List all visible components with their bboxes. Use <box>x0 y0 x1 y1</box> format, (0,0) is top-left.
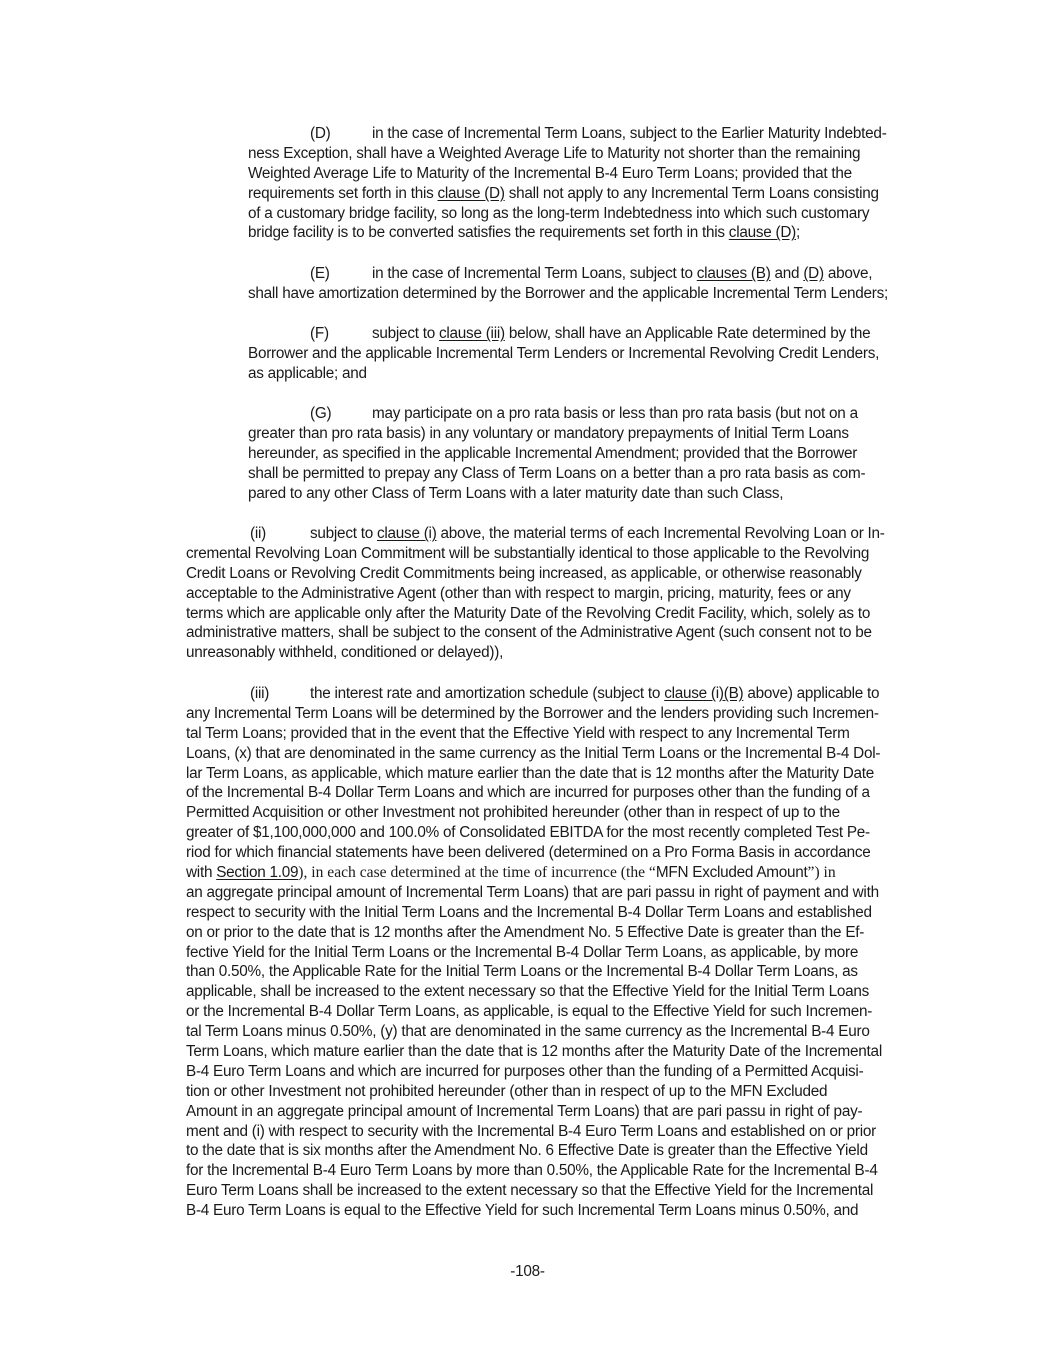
clause-text: shall have amortization determined by th… <box>248 284 888 304</box>
clause-text: any Incremental Term Loans will be deter… <box>186 704 882 724</box>
clause-text: terms which are applicable only after th… <box>186 604 872 624</box>
clause-iii: (iii)the interest rate and amortization … <box>186 684 882 1221</box>
text: subject to <box>310 525 377 542</box>
text: subject to <box>372 325 439 342</box>
clause-text: in the case of Incremental Term Loans, s… <box>372 124 887 144</box>
cross-reference-link[interactable]: clause (i)(B) <box>664 685 743 702</box>
clause-text: B-4 Euro Term Loans and which are incurr… <box>186 1062 882 1082</box>
clause-text: may participate on a pro rata basis or l… <box>372 404 858 424</box>
clause-text: subject to clause (iii) below, shall hav… <box>372 324 870 344</box>
document-page: (D)in the case of Incremental Term Loans… <box>0 0 1055 1365</box>
clause-text: ness Exception, shall have a Weighted Av… <box>248 144 879 164</box>
clause-text: of the Incremental B-4 Dollar Term Loans… <box>186 783 882 803</box>
cross-reference-link[interactable]: (D) <box>803 265 824 282</box>
cross-reference-link[interactable]: clause (D) <box>438 185 505 202</box>
text: below, shall have an Applicable Rate det… <box>505 325 871 342</box>
cross-reference-link[interactable]: clause (D) <box>729 224 796 241</box>
clause-text: Term Loans, which mature earlier than th… <box>186 1042 882 1062</box>
clause-text: tal Term Loans minus 0.50%, (y) that are… <box>186 1022 882 1042</box>
clause-text: subject to clause (i) above, the materia… <box>310 524 885 544</box>
text: in the case of Incremental Term Loans, s… <box>372 265 697 282</box>
clause-text: tion or other Investment not prohibited … <box>186 1082 882 1102</box>
clause-text: shall be permitted to prepay any Class o… <box>248 464 865 484</box>
text: with <box>186 864 216 881</box>
cross-reference-link[interactable]: clauses (B) <box>697 265 771 282</box>
clause-text: bridge facility is to be converted satis… <box>248 223 879 243</box>
clause-text: in the case of Incremental Term Loans, s… <box>372 264 872 284</box>
clause-text: on or prior to the date that is 12 month… <box>186 923 882 943</box>
clause-text: fective Yield for the Initial Term Loans… <box>186 943 882 963</box>
clause-text: or the Incremental B-4 Dollar Term Loans… <box>186 1002 882 1022</box>
clause-text: than 0.50%, the Applicable Rate for the … <box>186 962 882 982</box>
clause-text: pared to any other Class of Term Loans w… <box>248 484 865 504</box>
clause-text: lar Term Loans, as applicable, which mat… <box>186 764 882 784</box>
clause-text: Weighted Average Life to Maturity of the… <box>248 164 879 184</box>
clause-text: requirements set forth in this clause (D… <box>248 184 879 204</box>
text: shall not apply to any Incremental Term … <box>505 185 879 202</box>
clause-text: Borrower and the applicable Incremental … <box>248 344 879 364</box>
clause-E: (E)in the case of Incremental Term Loans… <box>248 264 888 304</box>
text: the interest rate and amortization sched… <box>310 685 664 702</box>
clause-text: Euro Term Loans shall be increased to th… <box>186 1181 882 1201</box>
text: requirements set forth in this <box>248 185 438 202</box>
clause-text: riod for which financial statements have… <box>186 843 882 863</box>
clause-text: cremental Revolving Loan Commitment will… <box>186 544 872 564</box>
clause-text: respect to security with the Initial Ter… <box>186 903 882 923</box>
clause-label: (G) <box>310 404 331 424</box>
clause-label: (ii) <box>250 524 266 544</box>
page-number: -108- <box>0 1263 1055 1281</box>
text: ; <box>796 224 800 241</box>
clause-text: unreasonably withheld, conditioned or de… <box>186 643 872 663</box>
clause-text: Permitted Acquisition or other Investmen… <box>186 803 882 823</box>
clause-G: (G)may participate on a pro rata basis o… <box>248 404 865 503</box>
clause-text: applicable, shall be increased to the ex… <box>186 982 882 1002</box>
text: bridge facility is to be converted satis… <box>248 224 729 241</box>
clause-text: hereunder, as specified in the applicabl… <box>248 444 865 464</box>
text: above, <box>824 265 872 282</box>
clause-text: Loans, (x) that are denominated in the s… <box>186 744 882 764</box>
clause-text: acceptable to the Administrative Agent (… <box>186 584 872 604</box>
clause-text: B-4 Euro Term Loans is equal to the Effe… <box>186 1201 882 1221</box>
clause-text: ment and (i) with respect to security wi… <box>186 1122 882 1142</box>
cross-reference-link[interactable]: clause (i) <box>377 525 437 542</box>
clause-text: for the Incremental B-4 Euro Term Loans … <box>186 1161 882 1181</box>
clause-text: the interest rate and amortization sched… <box>310 684 879 704</box>
clause-text: Credit Loans or Revolving Credit Commitm… <box>186 564 872 584</box>
clause-D: (D)in the case of Incremental Term Loans… <box>248 124 879 243</box>
clause-label: (F) <box>310 324 329 344</box>
clause-text: greater than pro rata basis) in any volu… <box>248 424 865 444</box>
clause-text: to the date that is six months after the… <box>186 1141 882 1161</box>
clause-text: administrative matters, shall be subject… <box>186 623 872 643</box>
clause-ii: (ii)subject to clause (i) above, the mat… <box>186 524 872 663</box>
clause-text: Amount in an aggregate principal amount … <box>186 1102 882 1122</box>
text: ”) in <box>808 864 836 881</box>
text: and <box>771 265 804 282</box>
text: above) applicable to <box>743 685 879 702</box>
cross-reference-link[interactable]: clause (iii) <box>439 325 505 342</box>
section-reference-link[interactable]: Section 1.09 <box>216 864 298 881</box>
clause-text: greater of $1,100,000,000 and 100.0% of … <box>186 823 882 843</box>
clause-F: (F)subject to clause (iii) below, shall … <box>248 324 879 384</box>
clause-label: (D) <box>310 124 331 144</box>
clause-text: an aggregate principal amount of Increme… <box>186 883 882 903</box>
text: above, the material terms of each Increm… <box>437 525 885 542</box>
clause-text: as applicable; and <box>248 364 879 384</box>
clause-text: of a customary bridge facility, so long … <box>248 204 879 224</box>
clause-text: with Section 1.09), in each case determi… <box>186 863 882 883</box>
clause-text: tal Term Loans; provided that in the eve… <box>186 724 882 744</box>
text: ), in each case determined at the time o… <box>298 864 656 881</box>
clause-label: (iii) <box>250 684 269 704</box>
defined-term: MFN Excluded Amount <box>656 864 808 881</box>
clause-label: (E) <box>310 264 330 284</box>
